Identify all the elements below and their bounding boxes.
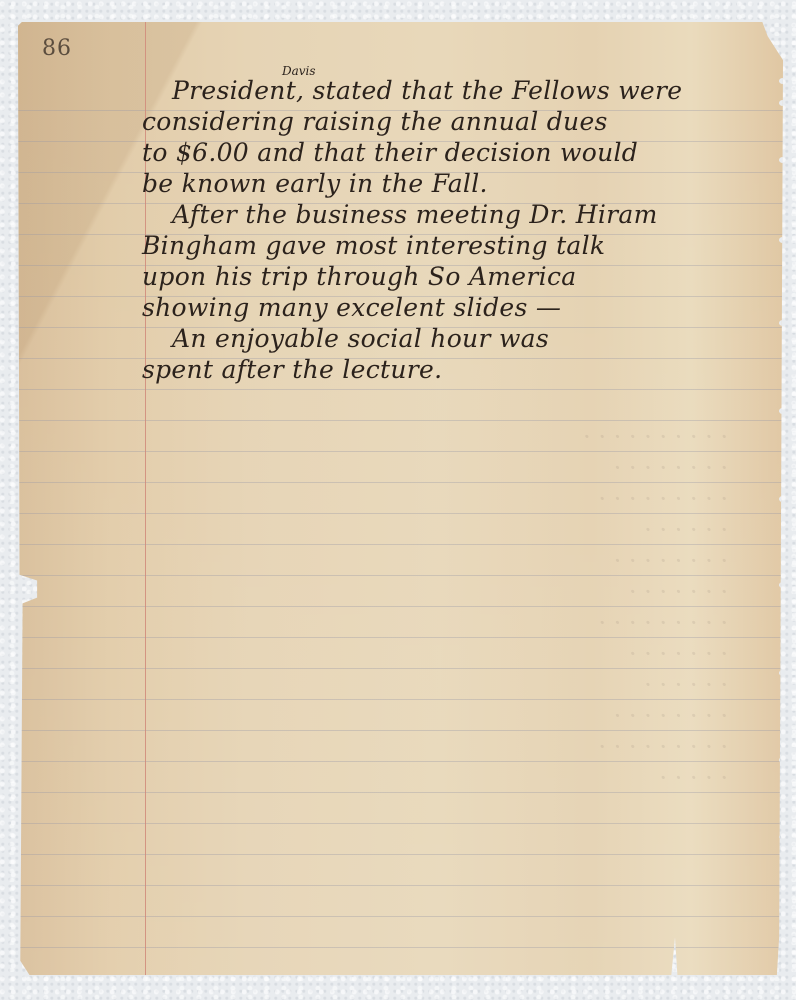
binder-hole <box>779 496 786 502</box>
binder-hole <box>779 320 786 326</box>
binder-hole <box>779 157 786 163</box>
text-line-8: showing many excelent slides — <box>142 292 762 323</box>
binder-hole <box>779 100 786 106</box>
binder-hole <box>779 670 786 676</box>
bleed-through-text: · · · · · · · · · · · · · · · · · · · · … <box>168 422 728 794</box>
text-line-4: be known early in the Fall. <box>142 168 762 199</box>
binder-hole <box>779 237 786 243</box>
text-line-2: considering raising the annual dues <box>142 106 762 137</box>
page-number: 86 <box>42 36 72 61</box>
binder-hole <box>779 757 786 763</box>
text-line-3: to $6.00 and that their decision would <box>142 137 762 168</box>
binder-hole <box>779 582 786 588</box>
handwritten-minutes: President, stated that the Fellows were … <box>142 75 762 385</box>
binder-hole <box>779 907 786 913</box>
binder-hole <box>779 834 786 840</box>
text-line-10: spent after the lecture. <box>142 354 762 385</box>
binder-hole <box>779 408 786 414</box>
text-line-9: An enjoyable social hour was <box>142 323 762 354</box>
binder-hole <box>779 78 786 84</box>
text-line-6: Bingham gave most interesting talk <box>142 230 762 261</box>
text-line-5: After the business meeting Dr. Hiram <box>142 199 762 230</box>
ledger-page: 86 · · · · · · · · · · · · · · · · · · ·… <box>18 22 783 975</box>
text-line-1: President, stated that the Fellows were <box>142 75 762 106</box>
text-line-7: upon his trip through So America <box>142 261 762 292</box>
